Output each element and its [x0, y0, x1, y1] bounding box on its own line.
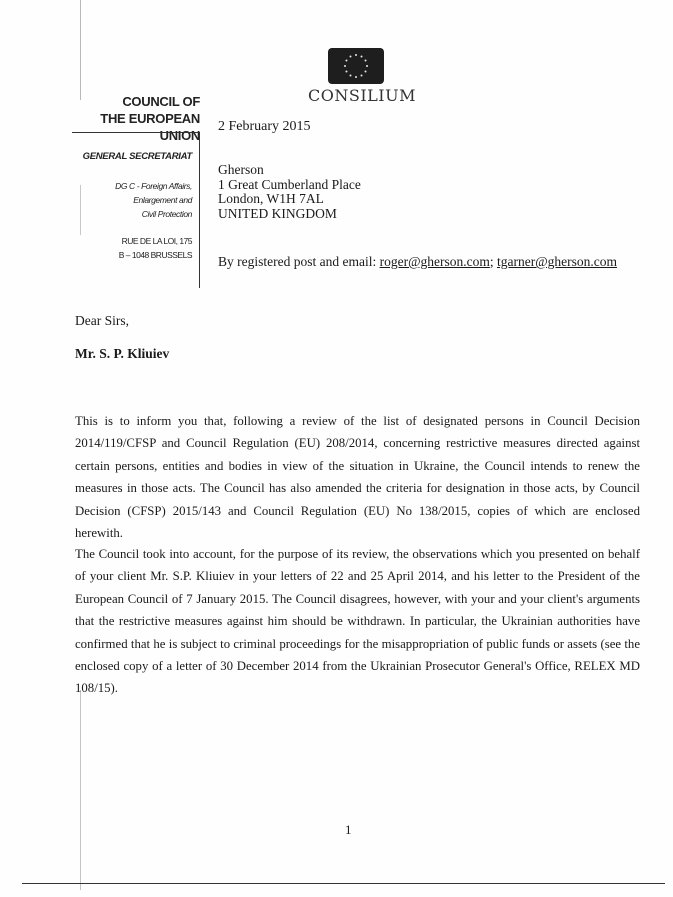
address-line: RUE DE LA LOI, 175 [66, 234, 192, 248]
institution-name: COUNCIL OF THE EUROPEAN UNION [66, 93, 200, 144]
recipient-address: Gherson 1 Great Cumberland Place London,… [218, 163, 361, 221]
recipient-line: Gherson [218, 163, 361, 178]
delivery-prefix: By registered post and email: [218, 254, 380, 269]
email-link-tgarner[interactable]: tgarner@gherson.com [497, 254, 617, 269]
directorate-general: DG C - Foreign Affairs, Enlargement and … [66, 179, 192, 221]
email-separator: ; [490, 254, 497, 269]
recipient-line: 1 Great Cumberland Place [218, 178, 361, 193]
dg-line: Enlargement and [66, 193, 192, 207]
eu-flag-icon [328, 48, 384, 84]
body-paragraph: This is to inform you that, following a … [75, 410, 640, 544]
dg-line: Civil Protection [66, 207, 192, 221]
department-title: GENERAL SECRETARIAT [66, 151, 192, 162]
page-number: 1 [345, 822, 352, 838]
consilium-logo-text: CONSILIUM [308, 86, 408, 105]
letter-page: CONSILIUM COUNCIL OF THE EUROPEAN UNION … [0, 0, 673, 897]
sender-address: RUE DE LA LOI, 175 B – 1048 BRUSSELS [66, 234, 192, 262]
sidebar-divider [199, 132, 200, 288]
institution-line-1: COUNCIL OF [66, 93, 200, 110]
salutation: Dear Sirs, [75, 313, 129, 329]
delivery-method: By registered post and email: roger@gher… [218, 254, 617, 270]
subject-line: Mr. S. P. Kliuiev [75, 346, 169, 362]
email-link-roger[interactable]: roger@gherson.com [380, 254, 490, 269]
body-paragraph: The Council took into account, for the p… [75, 543, 640, 700]
scan-artifact-line [80, 690, 81, 890]
page-bottom-edge [22, 883, 665, 884]
recipient-line: UNITED KINGDOM [218, 207, 361, 222]
institution-line-2: THE EUROPEAN UNION [66, 110, 200, 144]
header-divider [72, 132, 200, 133]
address-line: B – 1048 BRUSSELS [66, 248, 192, 262]
recipient-line: London, W1H 7AL [218, 192, 361, 207]
dg-line: DG C - Foreign Affairs, [66, 179, 192, 193]
letter-date: 2 February 2015 [218, 119, 311, 135]
scan-artifact-line [80, 0, 81, 100]
